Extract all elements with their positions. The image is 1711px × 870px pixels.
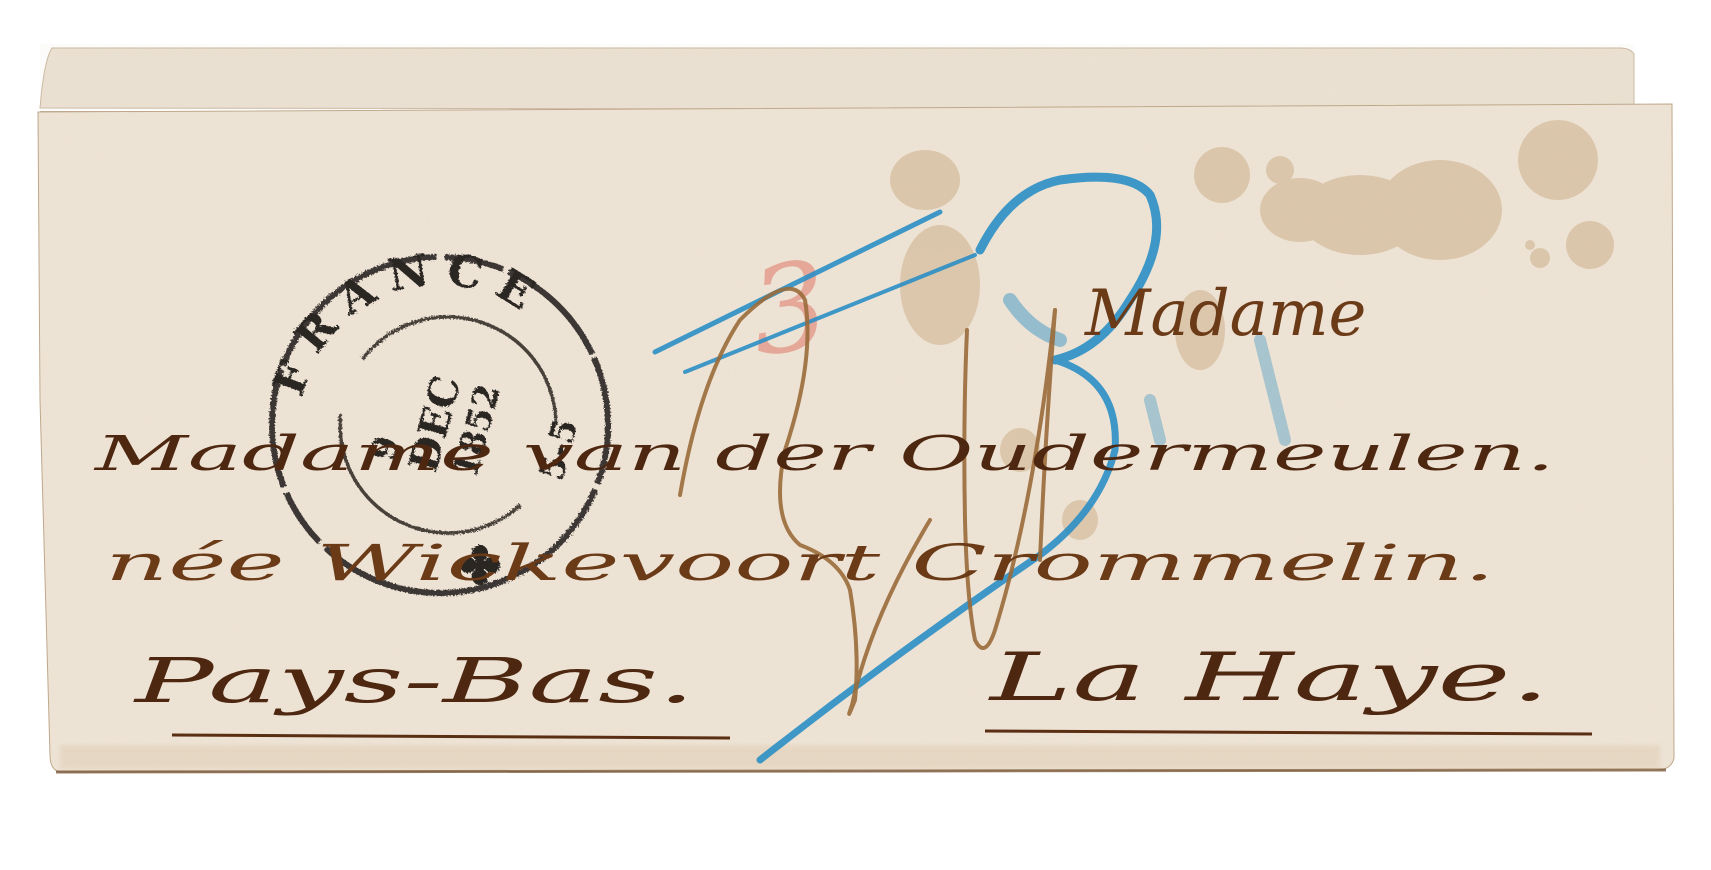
envelope-top-flap: [40, 44, 1672, 112]
address-country: Pays-Bas.: [133, 644, 695, 717]
envelope-scene: FRANCE 9 DEC 1852 5-5 3 Madame Madame va…: [0, 0, 1711, 870]
address-salutation: Madame: [1084, 277, 1366, 351]
address-city: La Haye.: [988, 639, 1550, 716]
address-line-1: Madame van der Oudermeulen.: [93, 426, 1555, 482]
address-line-2: née Wickevoort Crommelin.: [105, 534, 1495, 592]
